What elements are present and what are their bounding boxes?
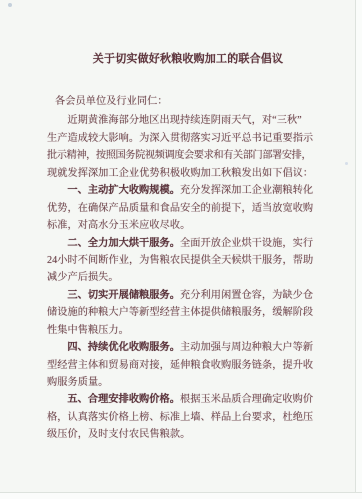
document-title: 关于切实做好秋粮收购加工的联合倡议 [55,51,321,68]
text-line: 减少产后损失。 [47,269,317,286]
body-lines: 近期黄淮海部分地区出现持续连阴雨天气，对“三秋”生产造成较大影响。为深入贯彻落实… [47,112,317,443]
text-line: 优势，在确保产品质量和食品安全的前提下，适当放宽收购 [47,200,317,217]
text-line: 四、持续优化收购服务。主动加强与周边种粮大户等新 [47,339,317,356]
scan-speck-icon [345,162,348,165]
salutation: 各会员单位及行业同仁： [47,93,317,110]
text-line: 五、合理安排收购价格。根据玉米品质合理确定收购价 [47,391,317,408]
text-line: 批示精神，按照国务院视频调度会要求和有关部门部署安排， [47,147,317,164]
item-heading: 一、主动扩大收购规模。 [67,185,180,196]
item-heading: 五、合理安排收购价格。 [67,394,180,405]
text-line: 性集中售粮压力。 [47,322,317,339]
text-line: 24小时不间断作业，为售粮农民提供全天候烘干服务，帮助 [47,252,317,269]
text-line: 近期黄淮海部分地区出现持续连阴雨天气，对“三秋” [47,112,317,129]
text-line: 购服务质量。 [47,374,317,391]
scan-edge-right [356,0,362,499]
scan-speck-icon [8,3,12,7]
scan-edge-bottom-line [0,492,362,493]
text-line: 二、全力加大烘干服务。全面开放企业烘干设施，实行 [47,235,317,252]
text-line: 级压价，及时支付农民售粮款。 [47,426,317,443]
text-line: 标准，对高水分玉米应收尽收。 [47,217,317,234]
scanned-page: 关于切实做好秋粮收购加工的联合倡议 各会员单位及行业同仁： 近期黄淮海部分地区出… [0,0,362,499]
text-line: 一、主动扩大收购规模。充分发挥深加工企业潮粮转化 [47,182,317,199]
text-line: 生产造成较大影响。为深入贯彻落实习近平总书记重要指示 [47,130,317,147]
scan-edge-right-line [355,0,356,499]
text-line: 现就发挥深加工企业优势积极收购加工秋粮发出如下倡议： [47,165,317,182]
text-line: 格，认真落实价格上榜、标准上墙、样品上台要求，杜绝压 [47,409,317,426]
text-line: 储设施的种粮大户等新型经营主体提供储粮服务，缓解阶段 [47,304,317,321]
document-body: 各会员单位及行业同仁： 近期黄淮海部分地区出现持续连阴雨天气，对“三秋”生产造成… [47,93,317,444]
item-heading: 二、全力加大烘干服务。 [67,238,180,249]
item-heading: 三、切实开展储粮服务。 [67,290,180,301]
scan-edge-bottom [0,493,362,499]
text-line: 三、切实开展储粮服务。充分利用闲置仓容，为缺少仓 [47,287,317,304]
text-line: 型经营主体和贸易商对接，延伸粮食收购服务链条，提升收 [47,357,317,374]
item-heading: 四、持续优化收购服务。 [67,342,180,353]
